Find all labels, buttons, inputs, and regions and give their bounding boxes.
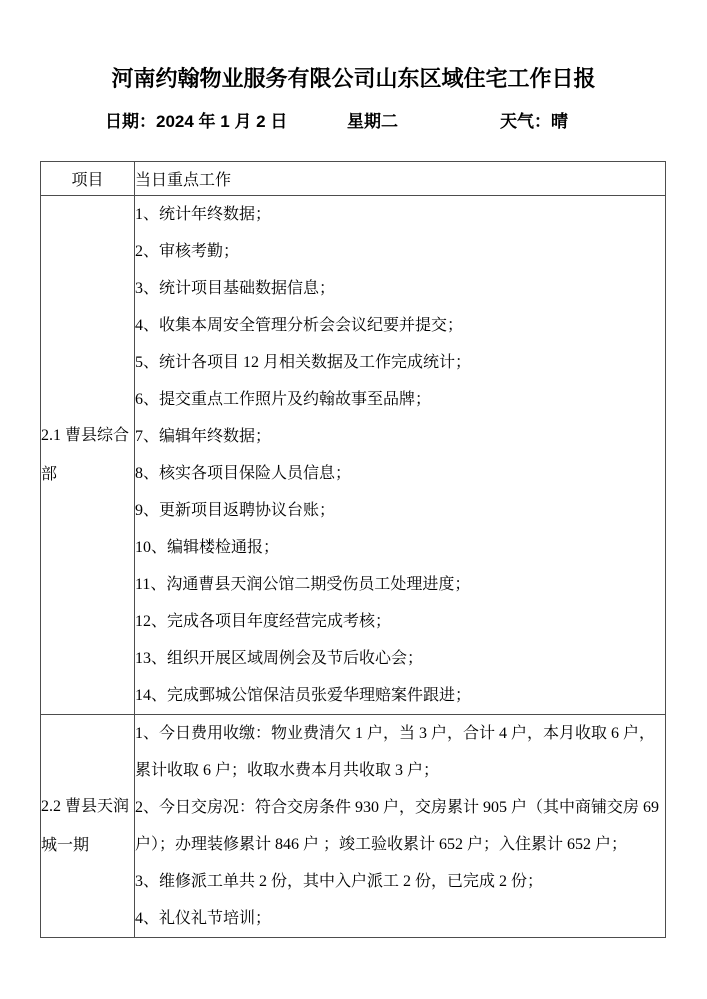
- work-item: 2、今日交房况：符合交房条件 930 户，交房累计 905 户（其中商铺交房 6…: [135, 789, 665, 863]
- work-item: 3、统计项目基础数据信息；: [135, 270, 665, 307]
- work-cell: 1、今日费用收缴：物业费清欠 1 户，当 3 户，合计 4 户，本月收取 6 户…: [135, 715, 666, 938]
- header-cell-work: 当日重点工作: [135, 162, 666, 196]
- header-cell-project: 项目: [41, 162, 135, 196]
- project-cell: 2.2 曹县天润城一期: [41, 715, 135, 938]
- work-item: 7、编辑年终数据；: [135, 418, 665, 455]
- work-item: 12、完成各项目年度经营完成考核；: [135, 603, 665, 640]
- work-item: 2、审核考勤；: [135, 233, 665, 270]
- work-item: 1、今日费用收缴：物业费清欠 1 户，当 3 户，合计 4 户，本月收取 6 户…: [135, 715, 665, 789]
- date-line: 日期：2024 年 1 月 2 日 星期二 天气：晴: [0, 110, 707, 134]
- page-title: 河南约翰物业服务有限公司山东区域住宅工作日报: [0, 66, 707, 92]
- weekday-field: 星期二: [347, 110, 398, 134]
- report-table-body: 2.1 曹县综合部1、统计年终数据；2、审核考勤；3、统计项目基础数据信息；4、…: [41, 196, 666, 938]
- work-item: 8、核实各项目保险人员信息；: [135, 455, 665, 492]
- work-item: 13、组织开展区域周例会及节后收心会；: [135, 640, 665, 677]
- document-page: 河南约翰物业服务有限公司山东区域住宅工作日报 日期：2024 年 1 月 2 日…: [0, 0, 707, 999]
- weather-field: 天气：晴: [500, 110, 568, 134]
- header-row: 项目 当日重点工作: [41, 162, 666, 196]
- date-field: 日期：2024 年 1 月 2 日: [105, 110, 287, 134]
- work-item: 3、维修派工单共 2 份，其中入户派工 2 份，已完成 2 份；: [135, 863, 665, 900]
- table-row: 2.2 曹县天润城一期1、今日费用收缴：物业费清欠 1 户，当 3 户，合计 4…: [41, 715, 666, 938]
- table-row: 2.1 曹县综合部1、统计年终数据；2、审核考勤；3、统计项目基础数据信息；4、…: [41, 196, 666, 715]
- work-item: 11、沟通曹县天润公馆二期受伤员工处理进度；: [135, 566, 665, 603]
- work-item: 10、编辑楼检通报；: [135, 529, 665, 566]
- work-item: 5、统计各项目 12 月相关数据及工作完成统计；: [135, 344, 665, 381]
- work-item: 1、统计年终数据；: [135, 196, 665, 233]
- work-item: 14、完成鄄城公馆保洁员张爱华理赔案件跟进；: [135, 677, 665, 714]
- work-item: 4、收集本周安全管理分析会会议纪要并提交；: [135, 307, 665, 344]
- work-item: 6、提交重点工作照片及约翰故事至品牌；: [135, 381, 665, 418]
- work-item: 9、更新项目返聘协议台账；: [135, 492, 665, 529]
- project-cell: 2.1 曹县综合部: [41, 196, 135, 715]
- work-cell: 1、统计年终数据；2、审核考勤；3、统计项目基础数据信息；4、收集本周安全管理分…: [135, 196, 666, 715]
- work-item: 4、礼仪礼节培训；: [135, 900, 665, 937]
- table-header: 项目 当日重点工作: [41, 162, 666, 196]
- daily-report-table: 项目 当日重点工作 2.1 曹县综合部1、统计年终数据；2、审核考勤；3、统计项…: [40, 161, 666, 938]
